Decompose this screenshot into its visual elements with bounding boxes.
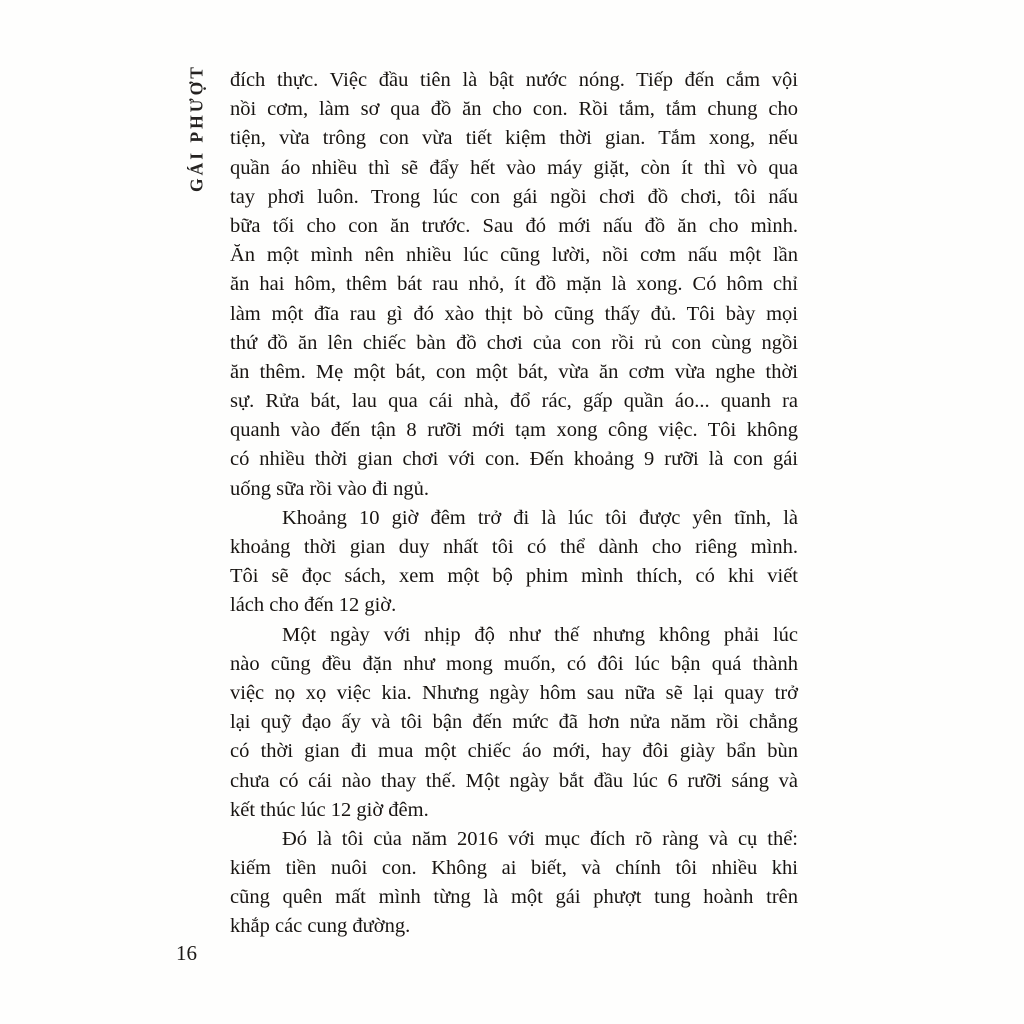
text-line: khoảng thời gian duy nhất tôi có thể dàn… — [230, 533, 798, 562]
paragraph: Đó là tôi của năm 2016 với mục đích rõ r… — [230, 825, 798, 942]
text-line: ăn hai hôm, thêm bát rau nhỏ, ít đồ mặn … — [230, 270, 798, 299]
text-line: kết thúc lúc 12 giờ đêm. — [230, 796, 798, 825]
text-line: có nhiều thời gian chơi với con. Đến kho… — [230, 445, 798, 474]
text-line: việc nọ xọ việc kia. Nhưng ngày hôm sau … — [230, 679, 798, 708]
text-line: Tôi sẽ đọc sách, xem một bộ phim mình th… — [230, 562, 798, 591]
text-line: bữa tối cho con ăn trước. Sau đó mới nấu… — [230, 212, 798, 241]
text-line: quanh vào đến tận 8 rưỡi mới tạm xong cô… — [230, 416, 798, 445]
text-line: Một ngày với nhịp độ như thế nhưng không… — [230, 621, 798, 650]
text-line: làm một đĩa rau gì đó xào thịt bò cũng t… — [230, 300, 798, 329]
text-line: có thời gian đi mua một chiếc áo mới, ha… — [230, 737, 798, 766]
text-line: lại quỹ đạo ấy và tôi bận đến mức đã hơn… — [230, 708, 798, 737]
running-title: GÁI PHƯỢT — [181, 56, 213, 200]
text-line: quần áo nhiều thì sẽ đẩy hết vào máy giặ… — [230, 154, 798, 183]
text-line: đích thực. Việc đầu tiên là bật nước nón… — [230, 66, 798, 95]
body-text: đích thực. Việc đầu tiên là bật nước nón… — [230, 66, 798, 942]
text-line: lách cho đến 12 giờ. — [230, 591, 798, 620]
paragraph: đích thực. Việc đầu tiên là bật nước nón… — [230, 66, 798, 504]
page-number: 16 — [176, 941, 197, 966]
text-line: uống sữa rồi vào đi ngủ. — [230, 475, 798, 504]
text-line: nồi cơm, làm sơ qua đồ ăn cho con. Rồi t… — [230, 95, 798, 124]
text-line: tiện, vừa trông con vừa tiết kiệm thời g… — [230, 124, 798, 153]
paragraph: Khoảng 10 giờ đêm trở đi là lúc tôi được… — [230, 504, 798, 621]
text-line: chưa có cái nào thay thế. Một ngày bắt đ… — [230, 767, 798, 796]
text-line: ăn thêm. Mẹ một bát, con một bát, vừa ăn… — [230, 358, 798, 387]
paragraph: Một ngày với nhịp độ như thế nhưng không… — [230, 621, 798, 825]
text-line: sự. Rửa bát, lau qua cái nhà, đổ rác, gấ… — [230, 387, 798, 416]
text-line: Khoảng 10 giờ đêm trở đi là lúc tôi được… — [230, 504, 798, 533]
text-line: kiếm tiền nuôi con. Không ai biết, và ch… — [230, 854, 798, 883]
text-line: tay phơi luôn. Trong lúc con gái ngồi ch… — [230, 183, 798, 212]
text-line: Đó là tôi của năm 2016 với mục đích rõ r… — [230, 825, 798, 854]
text-line: khắp các cung đường. — [230, 912, 798, 941]
text-line: Ăn một mình nên nhiều lúc cũng lười, nồi… — [230, 241, 798, 270]
book-page: GÁI PHƯỢT đích thực. Việc đầu tiên là bậ… — [0, 0, 1024, 1024]
text-line: thứ đồ ăn lên chiếc bàn đồ chơi của con … — [230, 329, 798, 358]
text-line: cũng quên mất mình từng là một gái phượt… — [230, 883, 798, 912]
text-line: nào cũng đều đặn như mong muốn, có đôi l… — [230, 650, 798, 679]
